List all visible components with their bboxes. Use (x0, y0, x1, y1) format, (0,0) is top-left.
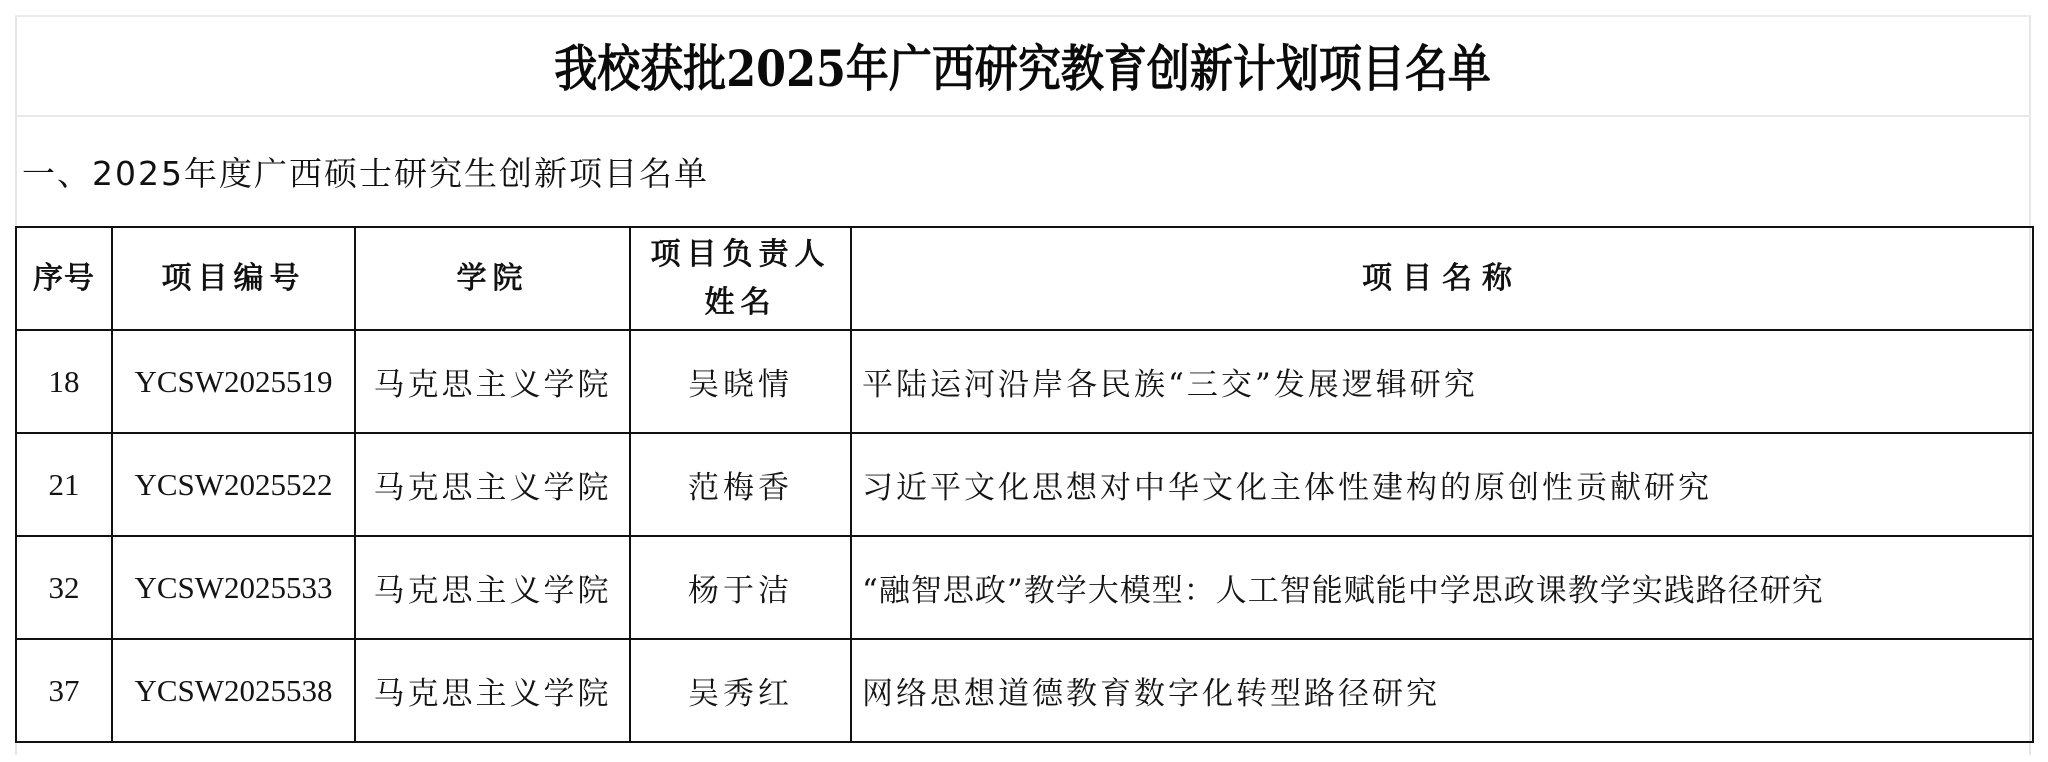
header-code: 项目编号 (112, 227, 355, 330)
cell-leader: 吴晓情 (630, 330, 851, 433)
cell-project-name: 网络思想道德教育数字化转型路径研究 (851, 639, 2033, 742)
header-leader-line2: 姓名 (631, 279, 850, 327)
cell-seq: 37 (16, 639, 112, 742)
cell-college: 马克思主义学院 (355, 639, 630, 742)
cell-leader: 吴秀红 (630, 639, 851, 742)
cell-leader: 杨于洁 (630, 536, 851, 639)
cell-leader: 范梅香 (630, 433, 851, 536)
cell-project-name: 习近平文化思想对中华文化主体性建构的原创性贡献研究 (851, 433, 2033, 536)
header-leader-line1: 项目负责人 (631, 231, 850, 279)
cell-code: YCSW2025522 (112, 433, 355, 536)
table-row: 37 YCSW2025538 马克思主义学院 吴秀红 网络思想道德教育数字化转型… (16, 639, 2033, 742)
cell-code: YCSW2025538 (112, 639, 355, 742)
table-row: 21 YCSW2025522 马克思主义学院 范梅香 习近平文化思想对中华文化主… (16, 433, 2033, 536)
cell-code: YCSW2025533 (112, 536, 355, 639)
section-heading: 一、2025年度广西硕士研究生创新项目名单 (22, 148, 709, 195)
table-header-row: 序号 项目编号 学院 项目负责人 姓名 项目名称 (16, 227, 2033, 330)
title-row: 我校获批2025年广西研究教育创新计划项目名单 (15, 15, 2031, 117)
document-title: 我校获批2025年广西研究教育创新计划项目名单 (555, 29, 1492, 101)
header-seq: 序号 (16, 227, 112, 330)
table-row: 32 YCSW2025533 马克思主义学院 杨于洁 “融智思政”教学大模型：人… (16, 536, 2033, 639)
cell-seq: 21 (16, 433, 112, 536)
cell-seq: 32 (16, 536, 112, 639)
cell-code: YCSW2025519 (112, 330, 355, 433)
cell-project-name: 平陆运河沿岸各民族“三交”发展逻辑研究 (851, 330, 2033, 433)
header-leader: 项目负责人 姓名 (630, 227, 851, 330)
cell-college: 马克思主义学院 (355, 433, 630, 536)
cell-college: 马克思主义学院 (355, 536, 630, 639)
table-row: 18 YCSW2025519 马克思主义学院 吴晓情 平陆运河沿岸各民族“三交”… (16, 330, 2033, 433)
cell-seq: 18 (16, 330, 112, 433)
project-table: 序号 项目编号 学院 项目负责人 姓名 项目名称 18 YCSW2025519 … (15, 226, 2034, 743)
cell-project-name: “融智思政”教学大模型：人工智能赋能中学思政课教学实践路径研究 (851, 536, 2033, 639)
header-project-name: 项目名称 (851, 227, 2033, 330)
cell-college: 马克思主义学院 (355, 330, 630, 433)
header-college: 学院 (355, 227, 630, 330)
